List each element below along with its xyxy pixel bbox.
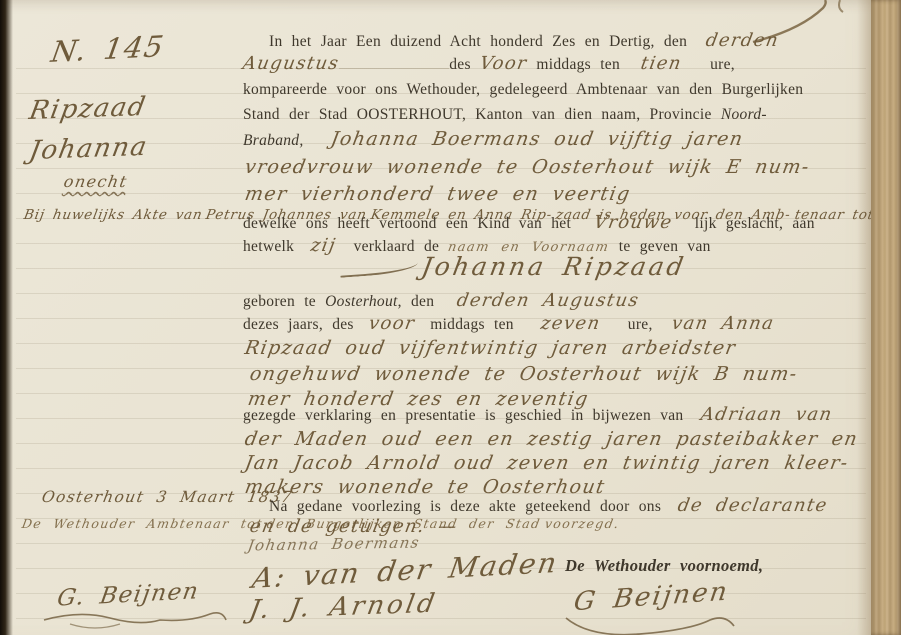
hand-derden-augustus: derden Augustus — [456, 290, 642, 311]
hand-voor: Voor — [478, 53, 529, 74]
body-line-12: dezes jaars, des voor middags ten zeven … — [243, 313, 774, 334]
hand-adriaan: Adriaan van — [699, 404, 834, 425]
paper-edge-shadow — [857, 0, 871, 635]
body-line-13: Ripzaad oud vijfentwintig jaren arbeidst… — [243, 337, 738, 359]
print-braband: Braband, — [243, 132, 304, 149]
print-geboren: geboren te — [243, 293, 316, 310]
body-line-1: In het Jaar Een duizend Acht honderd Zes… — [243, 30, 779, 51]
margin-surname: Ripzaad — [27, 92, 149, 126]
body-line-18: Jan Jacob Arnold oud zeven en twintig ja… — [243, 452, 851, 474]
child-name-line: Johanna Ripzaad — [340, 252, 686, 281]
hand-zij: zij — [310, 235, 339, 256]
margin-status-onecht: onecht — [62, 172, 129, 191]
print-middags-2: middags ten — [430, 316, 514, 333]
hand-augustus: Augustus — [241, 53, 341, 74]
child-name: Johanna Ripzaad — [419, 252, 688, 281]
body-line-8: dewelke ons heeft vertoond een Kind van … — [243, 212, 815, 233]
print-middags-ten: middags ten — [536, 56, 620, 73]
hand-declarant-intro: Johanna Boermans oud vijftig jaren — [329, 128, 745, 150]
print-text-2: lijk geslacht, aan — [695, 215, 815, 232]
hand-derden: derden — [704, 30, 781, 51]
blank-rule — [673, 213, 695, 228]
blank-rule — [339, 53, 449, 69]
body-line-5: Braband, Johanna Boermans oud vijftig ja… — [243, 128, 743, 150]
hand-de-declarante: de declarante — [677, 495, 830, 516]
signature-declarant: Johanna Boermans — [246, 534, 421, 555]
body-line-20: Na gedane voorlezing is deze akte geteek… — [243, 495, 828, 516]
act-number: N. 145 — [49, 29, 167, 69]
print-ure-2: ure, — [628, 316, 653, 333]
hand-tien: tien — [639, 53, 684, 74]
print-text: Na gedane voorlezing is deze akte geteek… — [269, 498, 661, 515]
hand-zeven: zeven — [539, 313, 602, 334]
print-oosterhout: Oosterhout — [325, 293, 397, 310]
note-line: Bij huwelijks Akte van — [22, 202, 205, 228]
official-title: De Wethouder voornoemd, — [565, 556, 763, 576]
body-line-16: gezegde verklaring en presentatie is ges… — [243, 404, 832, 425]
name-lead-flourish — [340, 258, 419, 277]
hand-vrouwe: Vrouwe — [592, 212, 674, 233]
body-line-3: kompareerde voor ons Wethouder, gedelege… — [243, 81, 803, 99]
signature-flourish-right — [560, 612, 740, 635]
print-text: Stand der Stad OOSTERHOUT, Kanton van di… — [243, 106, 712, 123]
body-line-7: mer vierhonderd twee en veertig — [243, 183, 633, 205]
print-dezes: dezes jaars, des — [243, 316, 354, 333]
print-des: des — [449, 56, 471, 73]
official-line: De Wethouder Ambtenaar tot — [20, 512, 265, 535]
print-text: In het Jaar Een duizend Acht honderd Zes… — [269, 33, 687, 50]
body-line-14: ongehuwd wonende te Oosterhout wijk B nu… — [248, 363, 800, 385]
body-line-6: vroedvrouw wonende te Oosterhout wijk E … — [243, 156, 812, 178]
body-line-4: Stand der Stad OOSTERHOUT, Kanton van di… — [243, 106, 767, 124]
body-line-11: geboren te Oosterhout, den derden August… — [243, 290, 640, 311]
print-text: dewelke ons heeft vertoond een Kind van … — [243, 215, 571, 232]
signature-flourish-left — [40, 608, 230, 634]
print-den: , den — [398, 293, 435, 310]
print-noord: Noord- — [721, 106, 767, 123]
hand-voor-2: voor — [367, 313, 417, 334]
blank-rule — [682, 54, 710, 69]
margin-given-name: Johanna — [27, 132, 150, 166]
print-hetwelk: hetwelk — [243, 238, 294, 255]
body-line-2: Augustusdes Voor middags ten tienure, — [243, 53, 735, 74]
scanned-birth-record-page: N. 145 Ripzaad Johanna onecht Bij huweli… — [0, 0, 901, 635]
print-text: gezegde verklaring en presentatie is ges… — [243, 407, 683, 424]
hand-van-anna: van Anna — [670, 313, 776, 334]
print-ure: ure, — [710, 56, 735, 73]
book-gutter-edge — [0, 0, 13, 635]
body-line-17: der Maden oud een en zestig jaren pastei… — [243, 428, 860, 450]
book-page-edges — [871, 0, 901, 635]
